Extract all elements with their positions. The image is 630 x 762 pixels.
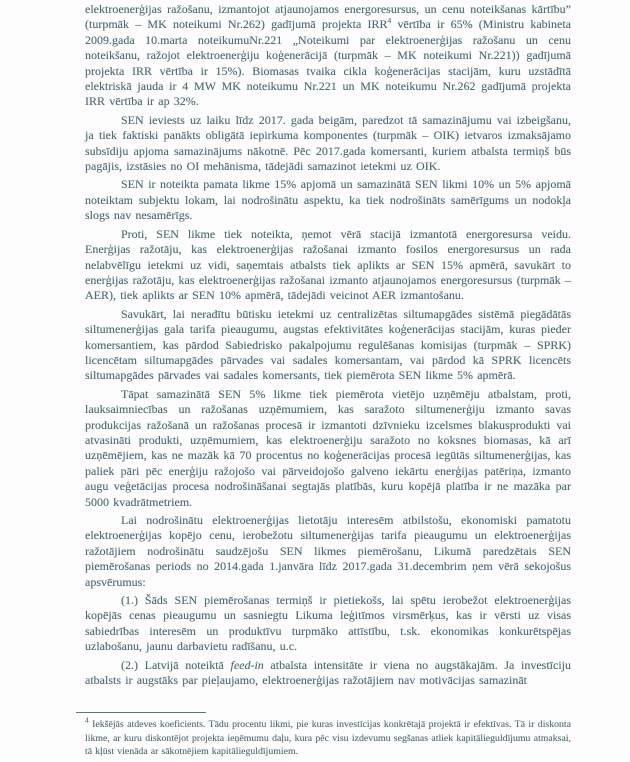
- footnote-text: Iekšējās atdeves koeficients. Tādu proce…: [85, 719, 571, 756]
- document-body: elektroenerģijas ražošanu, izmantojot at…: [85, 2, 571, 691]
- document-page: elektroenerģijas ražošanu, izmantojot at…: [0, 0, 630, 762]
- paragraph-text: Lai nodrošinātu elektroenerģijas lietotā…: [85, 513, 571, 589]
- paragraph-2: SEN ieviests uz laiku līdz 2017. gada be…: [85, 113, 571, 175]
- paragraph-5: Savukārt, lai neradītu būtisku ietekmi u…: [85, 307, 571, 384]
- paragraph-text: (1.) Šāds SEN piemērošanas termiņš ir pi…: [85, 593, 571, 653]
- paragraph-7: Lai nodrošinātu elektroenerģijas lietotā…: [85, 513, 571, 590]
- paragraph-text: Savukārt, lai neradītu būtisku ietekmi u…: [85, 307, 571, 383]
- footnote-4: 4 Iekšējās atdeves koeficients. Tādu pro…: [85, 718, 571, 758]
- paragraph-4: Proti, SEN likme tiek noteikta, ņemot vē…: [85, 227, 571, 304]
- paragraph-9-item-2: (2.) Latvijā noteiktā feed-in atbalsta i…: [85, 658, 571, 689]
- footnote-separator: [76, 712, 206, 713]
- footnote-area: 4 Iekšējās atdeves koeficients. Tādu pro…: [85, 712, 571, 758]
- paragraph-1: elektroenerģijas ražošanu, izmantojot at…: [85, 2, 571, 110]
- paragraph-8-item-1: (1.) Šāds SEN piemērošanas termiņš ir pi…: [85, 593, 571, 655]
- paragraph-text: SEN ir noteikta pamata likme 15% apjomā …: [85, 177, 571, 222]
- paragraph-3: SEN ir noteikta pamata likme 15% apjomā …: [85, 177, 571, 223]
- paragraph-text: Proti, SEN likme tiek noteikta, ņemot vē…: [85, 227, 571, 303]
- paragraph-text: (2.) Latvijā noteiktā: [121, 658, 230, 672]
- italic-term-feed-in: feed-in: [230, 658, 263, 672]
- paragraph-6: Tāpat samazinātā SEN 5% likme tiek piemē…: [85, 387, 571, 510]
- paragraph-text: SEN ieviests uz laiku līdz 2017. gada be…: [85, 113, 571, 173]
- paragraph-text: Tāpat samazinātā SEN 5% likme tiek piemē…: [85, 387, 571, 509]
